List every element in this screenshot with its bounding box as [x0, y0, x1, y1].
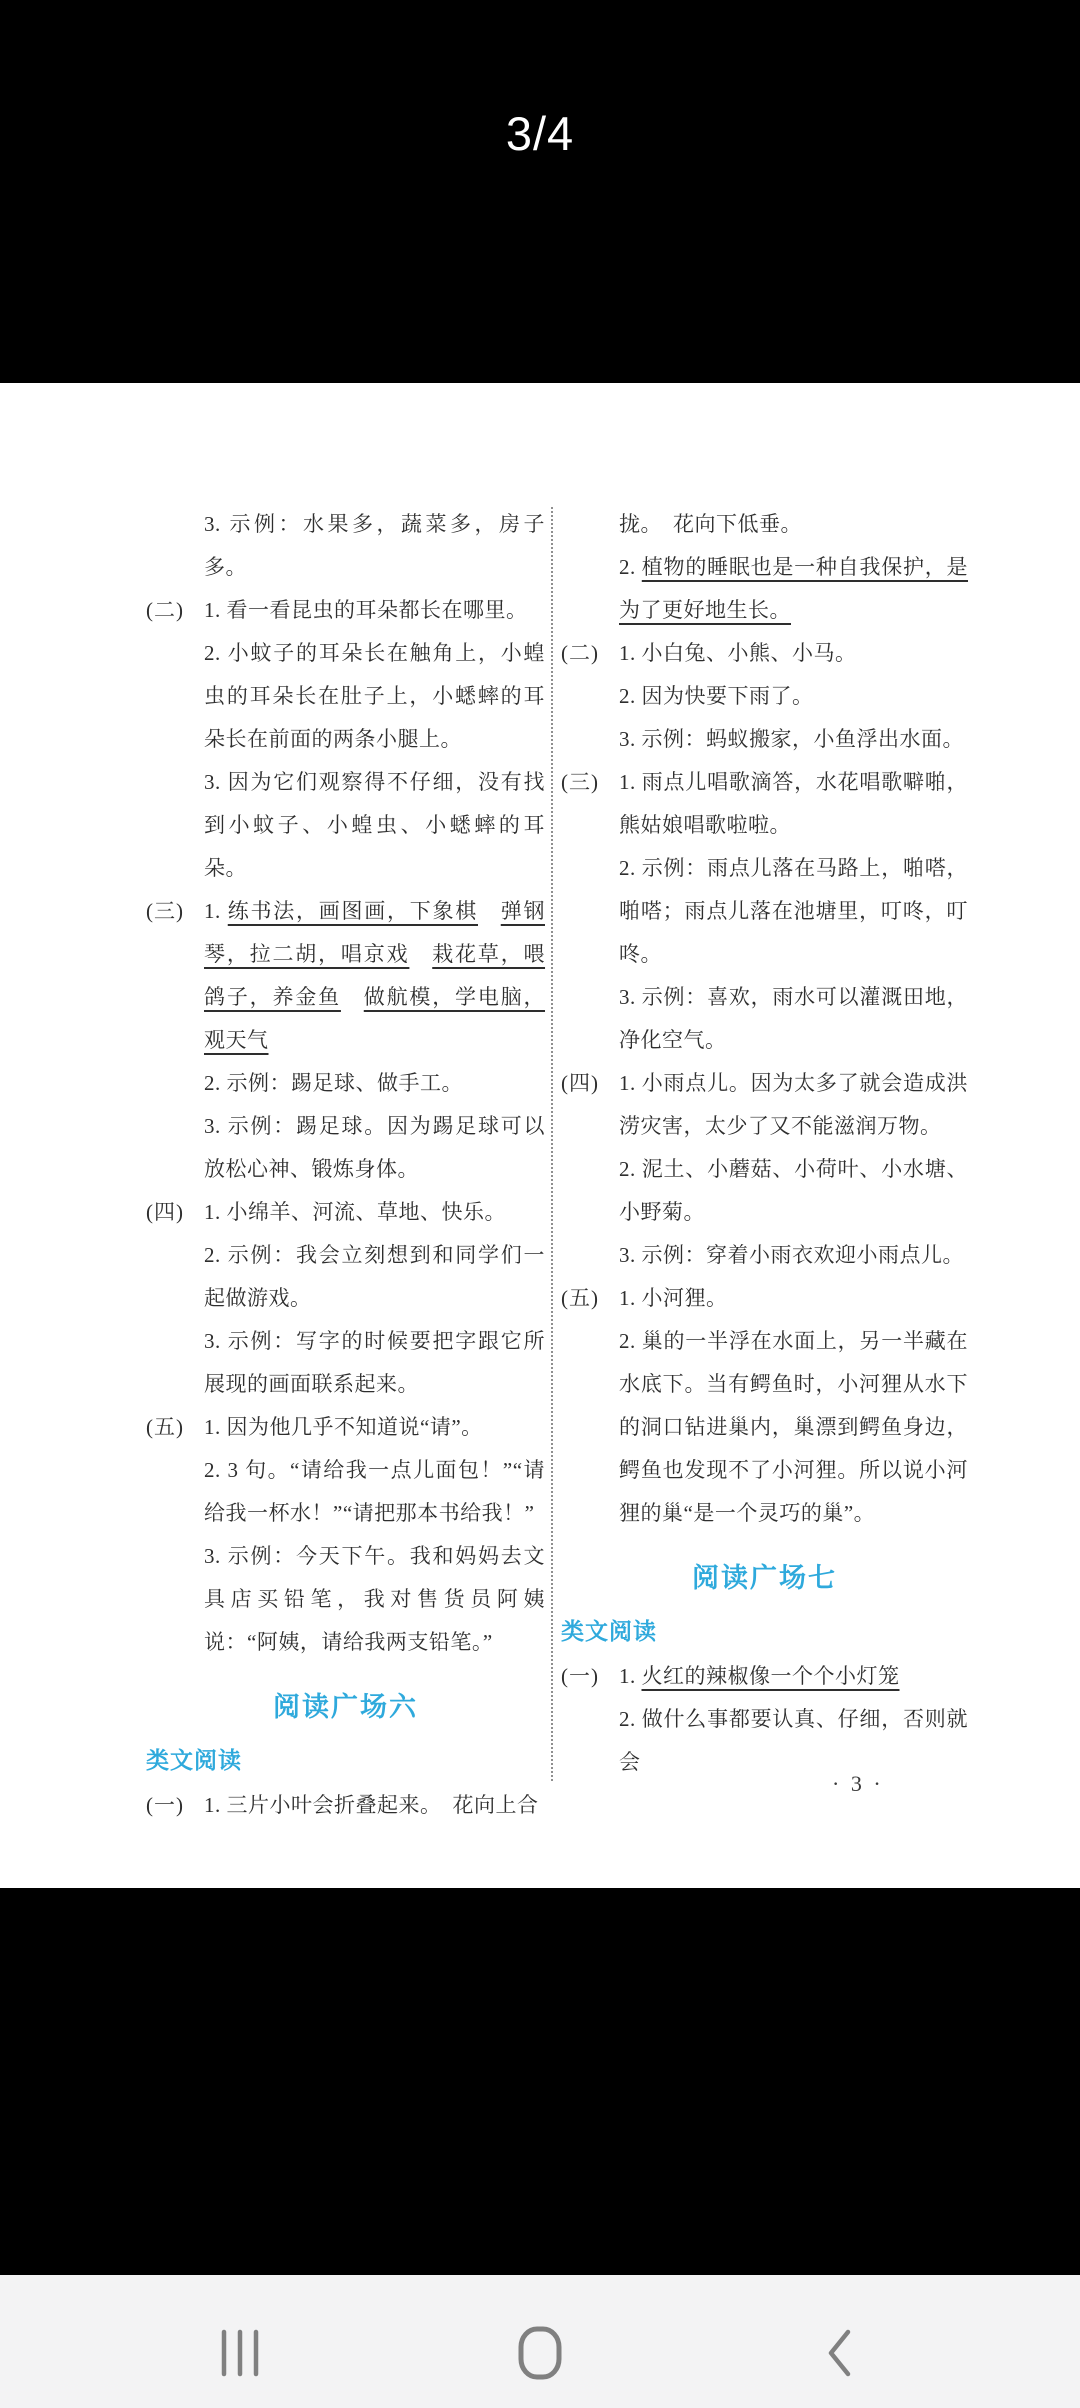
answer-text: 1. 看一看昆虫的耳朵都长在哪里。	[204, 589, 545, 632]
section-marker: (五)	[561, 1277, 619, 1320]
recent-apps-icon	[214, 2327, 266, 2379]
answer-text: 2. 巢的一半浮在水面上，另一半藏在水底下。当有鳄鱼时，小河狸从水下的洞口钻进巢…	[619, 1320, 968, 1535]
answer-item: (二)1. 小白兔、小熊、小马。	[561, 632, 968, 675]
answer-item: (五)1. 小河狸。	[561, 1277, 968, 1320]
answer-item: 3. 因为它们观察得不仔细，没有找到小蚊子、小蝗虫、小蟋蟀的耳朵。	[146, 761, 545, 890]
section-marker	[146, 1449, 204, 1535]
section-marker	[146, 632, 204, 761]
section-marker	[146, 1535, 204, 1664]
answer-column-left: 3. 示例：水果多，蔬菜多，房子多。(二)1. 看一看昆虫的耳朵都长在哪里。2.…	[146, 503, 545, 1827]
answer-item: 3. 示例：穿着小雨衣欢迎小雨点儿。	[561, 1234, 968, 1277]
answer-text: 1. 小雨点儿。因为太多了就会造成洪涝灾害，太少了又不能滋润万物。	[619, 1062, 968, 1148]
answer-item: (五)1. 因为他几乎不知道说“请”。	[146, 1406, 545, 1449]
section-marker: (五)	[146, 1406, 204, 1449]
back-icon	[820, 2327, 860, 2379]
section-marker: (一)	[561, 1655, 619, 1698]
answer-item: 2. 3 句。“请给我一点儿面包！”“请给我一杯水！”“请把那本书给我！”	[146, 1449, 545, 1535]
answer-text: 1. 小白兔、小熊、小马。	[619, 632, 968, 675]
answer-item: (一)1. 三片小叶会折叠起来。 花向上合	[146, 1784, 545, 1827]
recent-apps-button[interactable]	[180, 2308, 300, 2398]
section-marker	[561, 847, 619, 976]
answer-text: 1. 三片小叶会折叠起来。 花向上合	[204, 1784, 545, 1827]
section-marker: (三)	[146, 890, 204, 1062]
section-marker	[561, 1698, 619, 1784]
section-marker: (三)	[561, 761, 619, 847]
answer-text: 2. 植物的睡眠也是一种自我保护，是为了更好地生长。	[619, 546, 968, 632]
answer-text: 2. 泥土、小蘑菇、小荷叶、小水塘、小野菊。	[619, 1148, 968, 1234]
answer-item: 2. 因为快要下雨了。	[561, 675, 968, 718]
answer-item: 3. 示例：今天下午。我和妈妈去文具店买铅笔，我对售货员阿姨说：“阿姨，请给我两…	[146, 1535, 545, 1664]
answer-text: 2. 小蚊子的耳朵长在触角上，小蝗虫的耳朵长在肚子上，小蟋蟀的耳朵长在前面的两条…	[204, 632, 545, 761]
column-divider	[551, 507, 553, 1781]
document-page[interactable]: 3. 示例：水果多，蔬菜多，房子多。(二)1. 看一看昆虫的耳朵都长在哪里。2.…	[0, 383, 1080, 1888]
answer-item: 2. 小蚊子的耳朵长在触角上，小蝗虫的耳朵长在肚子上，小蟋蟀的耳朵长在前面的两条…	[146, 632, 545, 761]
section-marker	[146, 761, 204, 890]
answer-text: 3. 示例：今天下午。我和妈妈去文具店买铅笔，我对售货员阿姨说：“阿姨，请给我两…	[204, 1535, 545, 1664]
answer-item: 3. 示例：喜欢，雨水可以灌溉田地，净化空气。	[561, 976, 968, 1062]
answer-text: 1. 小河狸。	[619, 1277, 968, 1320]
answer-text: 1. 小绵羊、河流、草地、快乐。	[204, 1191, 545, 1234]
viewer-top-bar: 3/4	[0, 0, 1080, 383]
answer-item: 3. 示例：写字的时候要把字跟它所展现的画面联系起来。	[146, 1320, 545, 1406]
answer-text: 3. 示例：蚂蚁搬家，小鱼浮出水面。	[619, 718, 968, 761]
answer-text: 2. 因为快要下雨了。	[619, 675, 968, 718]
answer-column-right: 拢。 花向下低垂。2. 植物的睡眠也是一种自我保护，是为了更好地生长。(二)1.…	[561, 503, 968, 1827]
section-marker	[561, 503, 619, 546]
answer-item: (三)1. 雨点儿唱歌滴答，水花唱歌噼啪，熊姑娘唱歌啦啦。	[561, 761, 968, 847]
section-marker	[561, 1148, 619, 1234]
section-marker	[561, 976, 619, 1062]
answer-text: 1. 雨点儿唱歌滴答，水花唱歌噼啪，熊姑娘唱歌啦啦。	[619, 761, 968, 847]
answer-item: (四)1. 小雨点儿。因为太多了就会造成洪涝灾害，太少了又不能滋润万物。	[561, 1062, 968, 1148]
section-marker: (一)	[146, 1784, 204, 1827]
section-marker	[561, 546, 619, 632]
answer-item: 2. 植物的睡眠也是一种自我保护，是为了更好地生长。	[561, 546, 968, 632]
reading-plaza-heading: 阅读广场六	[146, 1686, 545, 1729]
section-marker: (四)	[146, 1191, 204, 1234]
section-marker: (四)	[561, 1062, 619, 1148]
section-marker	[146, 1320, 204, 1406]
answer-text: 2. 示例：雨点儿落在马路上，啪嗒，啪嗒；雨点儿落在池塘里，叮咚，叮咚。	[619, 847, 968, 976]
answer-text: 拢。 花向下低垂。	[619, 503, 968, 546]
answer-item: 2. 示例：雨点儿落在马路上，啪嗒，啪嗒；雨点儿落在池塘里，叮咚，叮咚。	[561, 847, 968, 976]
home-button[interactable]	[480, 2308, 600, 2398]
answer-item: 3. 示例：蚂蚁搬家，小鱼浮出水面。	[561, 718, 968, 761]
section-marker	[561, 1234, 619, 1277]
home-icon	[517, 2325, 563, 2381]
answer-item: (一)1. 火红的辣椒像一个个小灯笼	[561, 1655, 968, 1698]
section-marker	[561, 718, 619, 761]
section-marker	[146, 503, 204, 589]
answer-text: 3. 因为它们观察得不仔细，没有找到小蚊子、小蝗虫、小蟋蟀的耳朵。	[204, 761, 545, 890]
reading-plaza-heading: 阅读广场七	[561, 1557, 968, 1600]
answer-item: 2. 泥土、小蘑菇、小荷叶、小水塘、小野菊。	[561, 1148, 968, 1234]
answer-text: 1. 因为他几乎不知道说“请”。	[204, 1406, 545, 1449]
answer-text: 2. 示例：我会立刻想到和同学们一起做游戏。	[204, 1234, 545, 1320]
answer-text: 1. 练书法，画图画，下象棋 弹钢琴，拉二胡，唱京戏 栽花草，喂鸽子，养金鱼 做…	[204, 890, 545, 1062]
section-marker	[146, 1105, 204, 1191]
reading-type-subheading: 类文阅读	[146, 1739, 545, 1782]
back-button[interactable]	[780, 2308, 900, 2398]
answer-item: 2. 做什么事都要认真、仔细，否则就会	[561, 1698, 968, 1784]
section-marker	[146, 1062, 204, 1105]
answer-columns: 3. 示例：水果多，蔬菜多，房子多。(二)1. 看一看昆虫的耳朵都长在哪里。2.…	[0, 503, 1080, 1827]
answer-item: (二)1. 看一看昆虫的耳朵都长在哪里。	[146, 589, 545, 632]
answer-text: 3. 示例：喜欢，雨水可以灌溉田地，净化空气。	[619, 976, 968, 1062]
reading-type-subheading: 类文阅读	[561, 1610, 968, 1653]
answer-item: 拢。 花向下低垂。	[561, 503, 968, 546]
answer-item: 2. 示例：我会立刻想到和同学们一起做游戏。	[146, 1234, 545, 1320]
android-navigation-bar	[0, 2275, 1080, 2408]
answer-text: 3. 示例：水果多，蔬菜多，房子多。	[204, 503, 545, 589]
answer-item: (三)1. 练书法，画图画，下象棋 弹钢琴，拉二胡，唱京戏 栽花草，喂鸽子，养金…	[146, 890, 545, 1062]
section-marker: (二)	[146, 589, 204, 632]
answer-text: 1. 火红的辣椒像一个个小灯笼	[619, 1655, 968, 1698]
answer-item: 2. 示例：踢足球、做手工。	[146, 1062, 545, 1105]
section-marker	[561, 675, 619, 718]
section-marker: (二)	[561, 632, 619, 675]
section-marker	[146, 1234, 204, 1320]
answer-text: 2. 3 句。“请给我一点儿面包！”“请给我一杯水！”“请把那本书给我！”	[204, 1449, 545, 1535]
answer-item: 2. 巢的一半浮在水面上，另一半藏在水底下。当有鳄鱼时，小河狸从水下的洞口钻进巢…	[561, 1320, 968, 1535]
page-number: · 3 ·	[832, 1771, 884, 1797]
answer-text: 3. 示例：踢足球。因为踢足球可以放松心神、锻炼身体。	[204, 1105, 545, 1191]
answer-text: 2. 做什么事都要认真、仔细，否则就会	[619, 1698, 968, 1784]
page-indicator: 3/4	[506, 108, 574, 160]
answer-text: 2. 示例：踢足球、做手工。	[204, 1062, 545, 1105]
section-marker	[561, 1320, 619, 1535]
answer-text: 3. 示例：穿着小雨衣欢迎小雨点儿。	[619, 1234, 968, 1277]
answer-text: 3. 示例：写字的时候要把字跟它所展现的画面联系起来。	[204, 1320, 545, 1406]
answer-item: 3. 示例：水果多，蔬菜多，房子多。	[146, 503, 545, 589]
answer-item: (四)1. 小绵羊、河流、草地、快乐。	[146, 1191, 545, 1234]
answer-item: 3. 示例：踢足球。因为踢足球可以放松心神、锻炼身体。	[146, 1105, 545, 1191]
